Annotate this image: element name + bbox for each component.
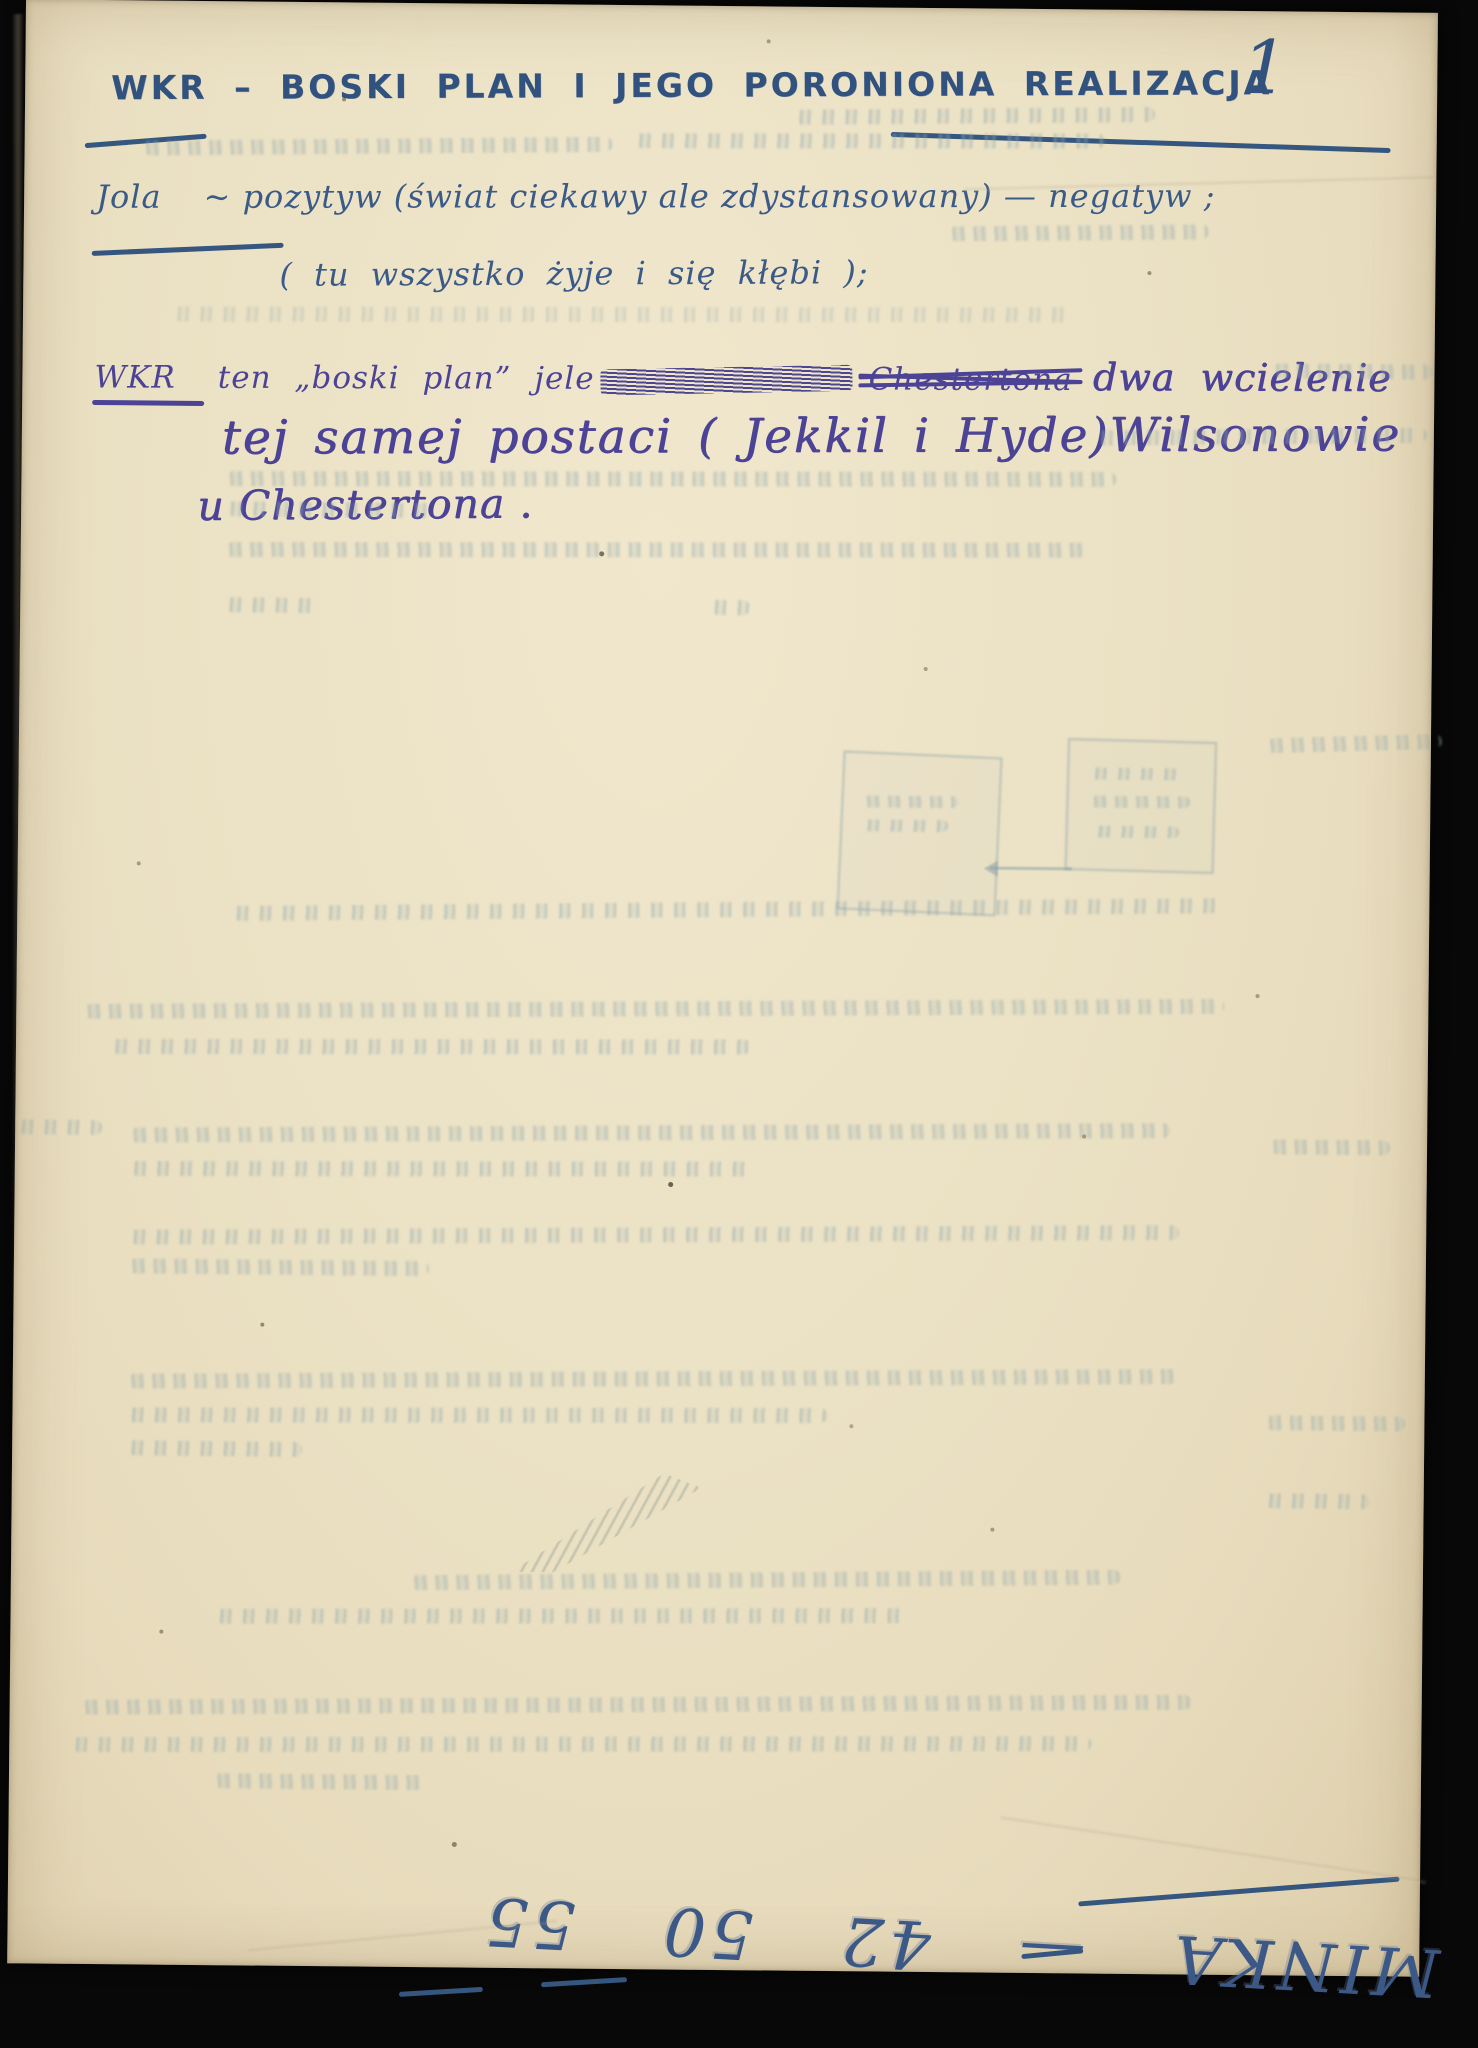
- wkr-text-before: ten „boski plan” jele: [218, 360, 595, 397]
- bleedthrough-line: [1270, 1139, 1390, 1155]
- bleedthrough-line: [84, 999, 1224, 1019]
- bleedthrough-line: [82, 1695, 1192, 1715]
- bleedthrough-line: [111, 1039, 751, 1055]
- note-jola-text: ~ pozytyw (świat ciekawy ale zdystansowa…: [204, 177, 1216, 216]
- bleedthrough-line: [795, 107, 1155, 125]
- bleedthrough-line: [863, 819, 948, 832]
- bleedthrough-line: [226, 542, 1086, 558]
- bleedthrough-line: [1097, 428, 1427, 446]
- scanned-page: { "document": { "title": "WKR – BOSKI PL…: [0, 0, 1478, 2048]
- pencil-hatch: [511, 1472, 702, 1574]
- speaker-jola: Jola: [96, 178, 161, 216]
- wkr-underline: [92, 400, 204, 406]
- bleedthrough-line: [710, 600, 750, 615]
- bleedthrough-line: [127, 1407, 827, 1423]
- bleedthrough-line: [173, 307, 1073, 323]
- crossed-out-word: Chestertona: [863, 361, 1079, 398]
- bleedthrough-line: [1265, 1493, 1370, 1509]
- page-number: 1: [1241, 25, 1289, 111]
- bleedthrough-arrow: [990, 867, 1072, 871]
- bleedthrough-line: [226, 471, 1116, 487]
- bleedthrough-line: [411, 1570, 1121, 1591]
- bleedthrough-line: [1091, 768, 1186, 781]
- paper-sheet: WKR – BOSKI PLAN I JEGO PORONIONA REALIZ…: [7, 0, 1438, 1977]
- bleedthrough-line: [1094, 826, 1179, 839]
- footer-digit-underline-2: [541, 1977, 627, 1987]
- bleedthrough-line: [1272, 363, 1432, 380]
- bleedthrough-line: [130, 1123, 1170, 1143]
- bleedthrough-line: [214, 1773, 424, 1790]
- bleedthrough-line: [225, 597, 320, 613]
- note-line-wkr: WKRten „boski plan” jeleChestertonadwa w…: [94, 352, 1391, 399]
- bleedthrough-line: [863, 795, 958, 808]
- bleedthrough-line: [226, 501, 436, 518]
- bleedthrough-line: [129, 1225, 1179, 1245]
- note-line-jola-continued: ( tu wszystko żyje i się kłębi );: [279, 253, 868, 294]
- bleedthrough-line: [130, 1161, 750, 1177]
- footer-digit-underline-1: [399, 1987, 483, 1997]
- ink-speckles: [26, 0, 28, 1]
- jola-underline: [92, 243, 284, 256]
- note-line-jola: Jola~ pozytyw (świat ciekawy ale zdystan…: [96, 177, 1215, 216]
- bleedthrough-line: [1267, 734, 1442, 753]
- bleedthrough-line: [232, 898, 1222, 921]
- bleedthrough-line: [1090, 796, 1190, 809]
- bleedthrough-line: [1265, 1415, 1405, 1431]
- bleedthrough-box: [837, 750, 1003, 916]
- bleedthrough-line: [949, 224, 1209, 241]
- bleedthrough-line: [143, 137, 613, 156]
- flipped-footer-note: MINKA — 42 50 55: [269, 1827, 1444, 2011]
- page-title: WKR – BOSKI PLAN I JEGO PORONIONA REALIZ…: [111, 63, 1272, 107]
- bleedthrough-line: [129, 1258, 429, 1276]
- bleedthrough-line: [128, 1369, 1178, 1389]
- speaker-wkr: WKR: [94, 359, 175, 395]
- bleedthrough-line: [17, 1119, 102, 1135]
- bleedthrough-line: [71, 1736, 1091, 1752]
- scribbled-out-word: [600, 365, 852, 396]
- bleedthrough-line: [216, 1608, 906, 1624]
- bleedthrough-line: [127, 1440, 302, 1457]
- bleedthrough-line: [635, 133, 1105, 148]
